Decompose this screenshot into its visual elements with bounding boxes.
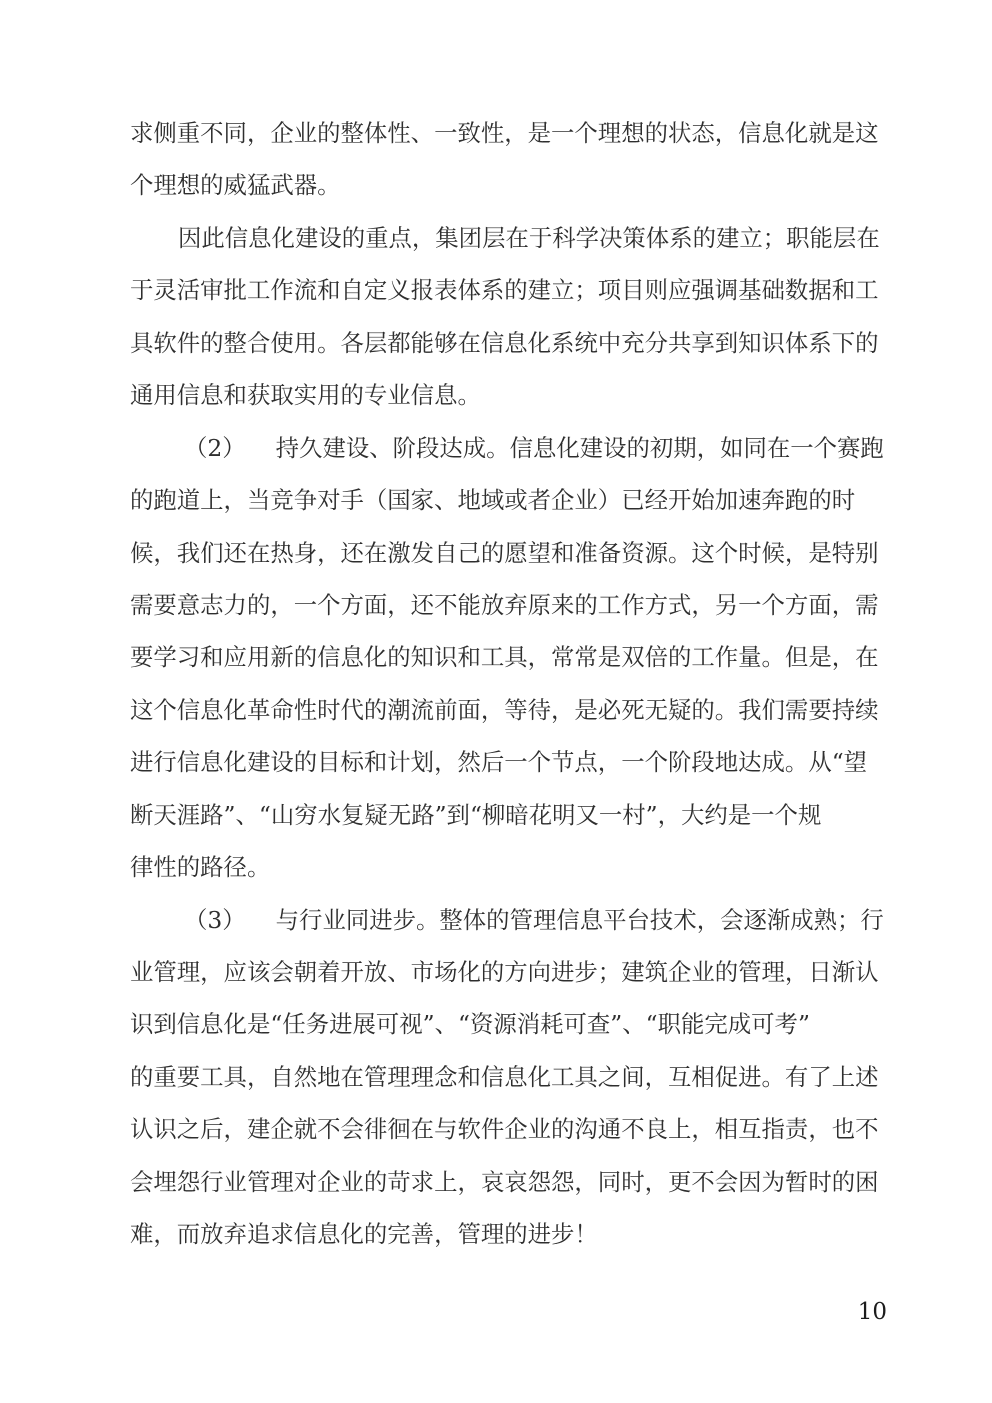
text-line: 这个信息化革命性时代的潮流前面，等待，是必死无疑的。我们需要持续	[130, 684, 890, 736]
text-line-content: 于灵活审批工作流和自定义报表体系的建立；项目则应强调基础数据和工	[130, 276, 879, 304]
text-line: 要学习和应用新的信息化的知识和工具，常常是双倍的工作量。但是，在	[130, 631, 890, 683]
text-line: 于灵活审批工作流和自定义报表体系的建立；项目则应强调基础数据和工	[130, 264, 890, 316]
text-line-content: 难，而放弃追求信息化的完善，管理的进步！	[130, 1220, 598, 1248]
text-line: （2）持久建设、阶段达成。信息化建设的初期，如同在一个赛跑	[130, 422, 890, 474]
text-line-content: 的跑道上，当竞争对手（国家、地域或者企业）已经开始加速奔跑的时	[130, 486, 855, 514]
text-line-content: 认识之后，建企就不会徘徊在与软件企业的沟通不良上，相互指责，也不	[130, 1115, 879, 1143]
text-line-content: 与行业同进步。整体的管理信息平台技术，会逐渐成熟；行	[276, 906, 884, 934]
list-item-marker: （3）	[184, 906, 246, 934]
text-line-content: 识到信息化是“任务进展可视”、“资源消耗可查”、“职能完成可考”	[130, 1010, 810, 1038]
text-line: 的重要工具，自然地在管理理念和信息化工具之间，互相促进。有了上述	[130, 1051, 890, 1103]
text-line-content: 个理想的威猛武器。	[130, 171, 341, 199]
text-line-content: 断天涯路”、“山穷水复疑无路”到“柳暗花明又一村”，大约是一个规	[130, 801, 821, 829]
text-line: 识到信息化是“任务进展可视”、“资源消耗可查”、“职能完成可考”	[130, 998, 890, 1050]
text-line: 候，我们还在热身，还在激发自己的愿望和准备资源。这个时候，是特别	[130, 527, 890, 579]
text-line-content: 通用信息和获取实用的专业信息。	[130, 381, 481, 409]
text-line: 求侧重不同，企业的整体性、一致性，是一个理想的状态，信息化就是这	[130, 107, 890, 159]
document-page: 求侧重不同，企业的整体性、一致性，是一个理想的状态，信息化就是这个理想的威猛武器…	[0, 0, 992, 1403]
text-line-content: 业管理，应该会朝着开放、市场化的方向进步；建筑企业的管理，日渐认	[130, 958, 879, 986]
text-line: 需要意志力的，一个方面，还不能放弃原来的工作方式，另一个方面，需	[130, 579, 890, 631]
list-item-marker: （2）	[184, 434, 246, 462]
text-line-content: 要学习和应用新的信息化的知识和工具，常常是双倍的工作量。但是，在	[130, 643, 879, 671]
text-line: 因此信息化建设的重点，集团层在于科学决策体系的建立；职能层在	[130, 212, 890, 264]
text-line-content: 这个信息化革命性时代的潮流前面，等待，是必死无疑的。我们需要持续	[130, 696, 879, 724]
text-line: 难，而放弃追求信息化的完善，管理的进步！	[130, 1208, 890, 1260]
text-line: 个理想的威猛武器。	[130, 159, 890, 211]
text-line-content: 求侧重不同，企业的整体性、一致性，是一个理想的状态，信息化就是这	[130, 119, 879, 147]
text-line: 通用信息和获取实用的专业信息。	[130, 369, 890, 421]
text-line: 具软件的整合使用。各层都能够在信息化系统中充分共享到知识体系下的	[130, 317, 890, 369]
text-line: 的跑道上，当竞争对手（国家、地域或者企业）已经开始加速奔跑的时	[130, 474, 890, 526]
text-line: 断天涯路”、“山穷水复疑无路”到“柳暗花明又一村”，大约是一个规	[130, 789, 890, 841]
paragraph-indent	[130, 927, 184, 928]
page-number: 10	[858, 1299, 887, 1325]
text-line-content: 需要意志力的，一个方面，还不能放弃原来的工作方式，另一个方面，需	[130, 591, 879, 619]
text-line-content: 因此信息化建设的重点，集团层在于科学决策体系的建立；职能层在	[178, 224, 880, 252]
paragraph-indent	[130, 455, 184, 456]
text-line-content: 的重要工具，自然地在管理理念和信息化工具之间，互相促进。有了上述	[130, 1063, 879, 1091]
text-line: 认识之后，建企就不会徘徊在与软件企业的沟通不良上，相互指责，也不	[130, 1103, 890, 1155]
text-line-content: 候，我们还在热身，还在激发自己的愿望和准备资源。这个时候，是特别	[130, 539, 879, 567]
text-line-content: 具软件的整合使用。各层都能够在信息化系统中充分共享到知识体系下的	[130, 329, 879, 357]
marker-gap	[246, 455, 276, 456]
marker-gap	[246, 927, 276, 928]
text-line-content: 会埋怨行业管理对企业的苛求上，哀哀怨怨，同时，更不会因为暂时的困	[130, 1168, 879, 1196]
document-body: 求侧重不同，企业的整体性、一致性，是一个理想的状态，信息化就是这个理想的威猛武器…	[130, 107, 890, 1261]
text-line: 律性的路径。	[130, 841, 890, 893]
text-line-content: 律性的路径。	[130, 853, 270, 881]
text-line: 进行信息化建设的目标和计划，然后一个节点，一个阶段地达成。从“望	[130, 736, 890, 788]
text-line: 会埋怨行业管理对企业的苛求上，哀哀怨怨，同时，更不会因为暂时的困	[130, 1156, 890, 1208]
text-line-content: 进行信息化建设的目标和计划，然后一个节点，一个阶段地达成。从“望	[130, 748, 867, 776]
text-line: （3）与行业同进步。整体的管理信息平台技术，会逐渐成熟；行	[130, 894, 890, 946]
text-line: 业管理，应该会朝着开放、市场化的方向进步；建筑企业的管理，日渐认	[130, 946, 890, 998]
text-line-content: 持久建设、阶段达成。信息化建设的初期，如同在一个赛跑	[276, 434, 884, 462]
